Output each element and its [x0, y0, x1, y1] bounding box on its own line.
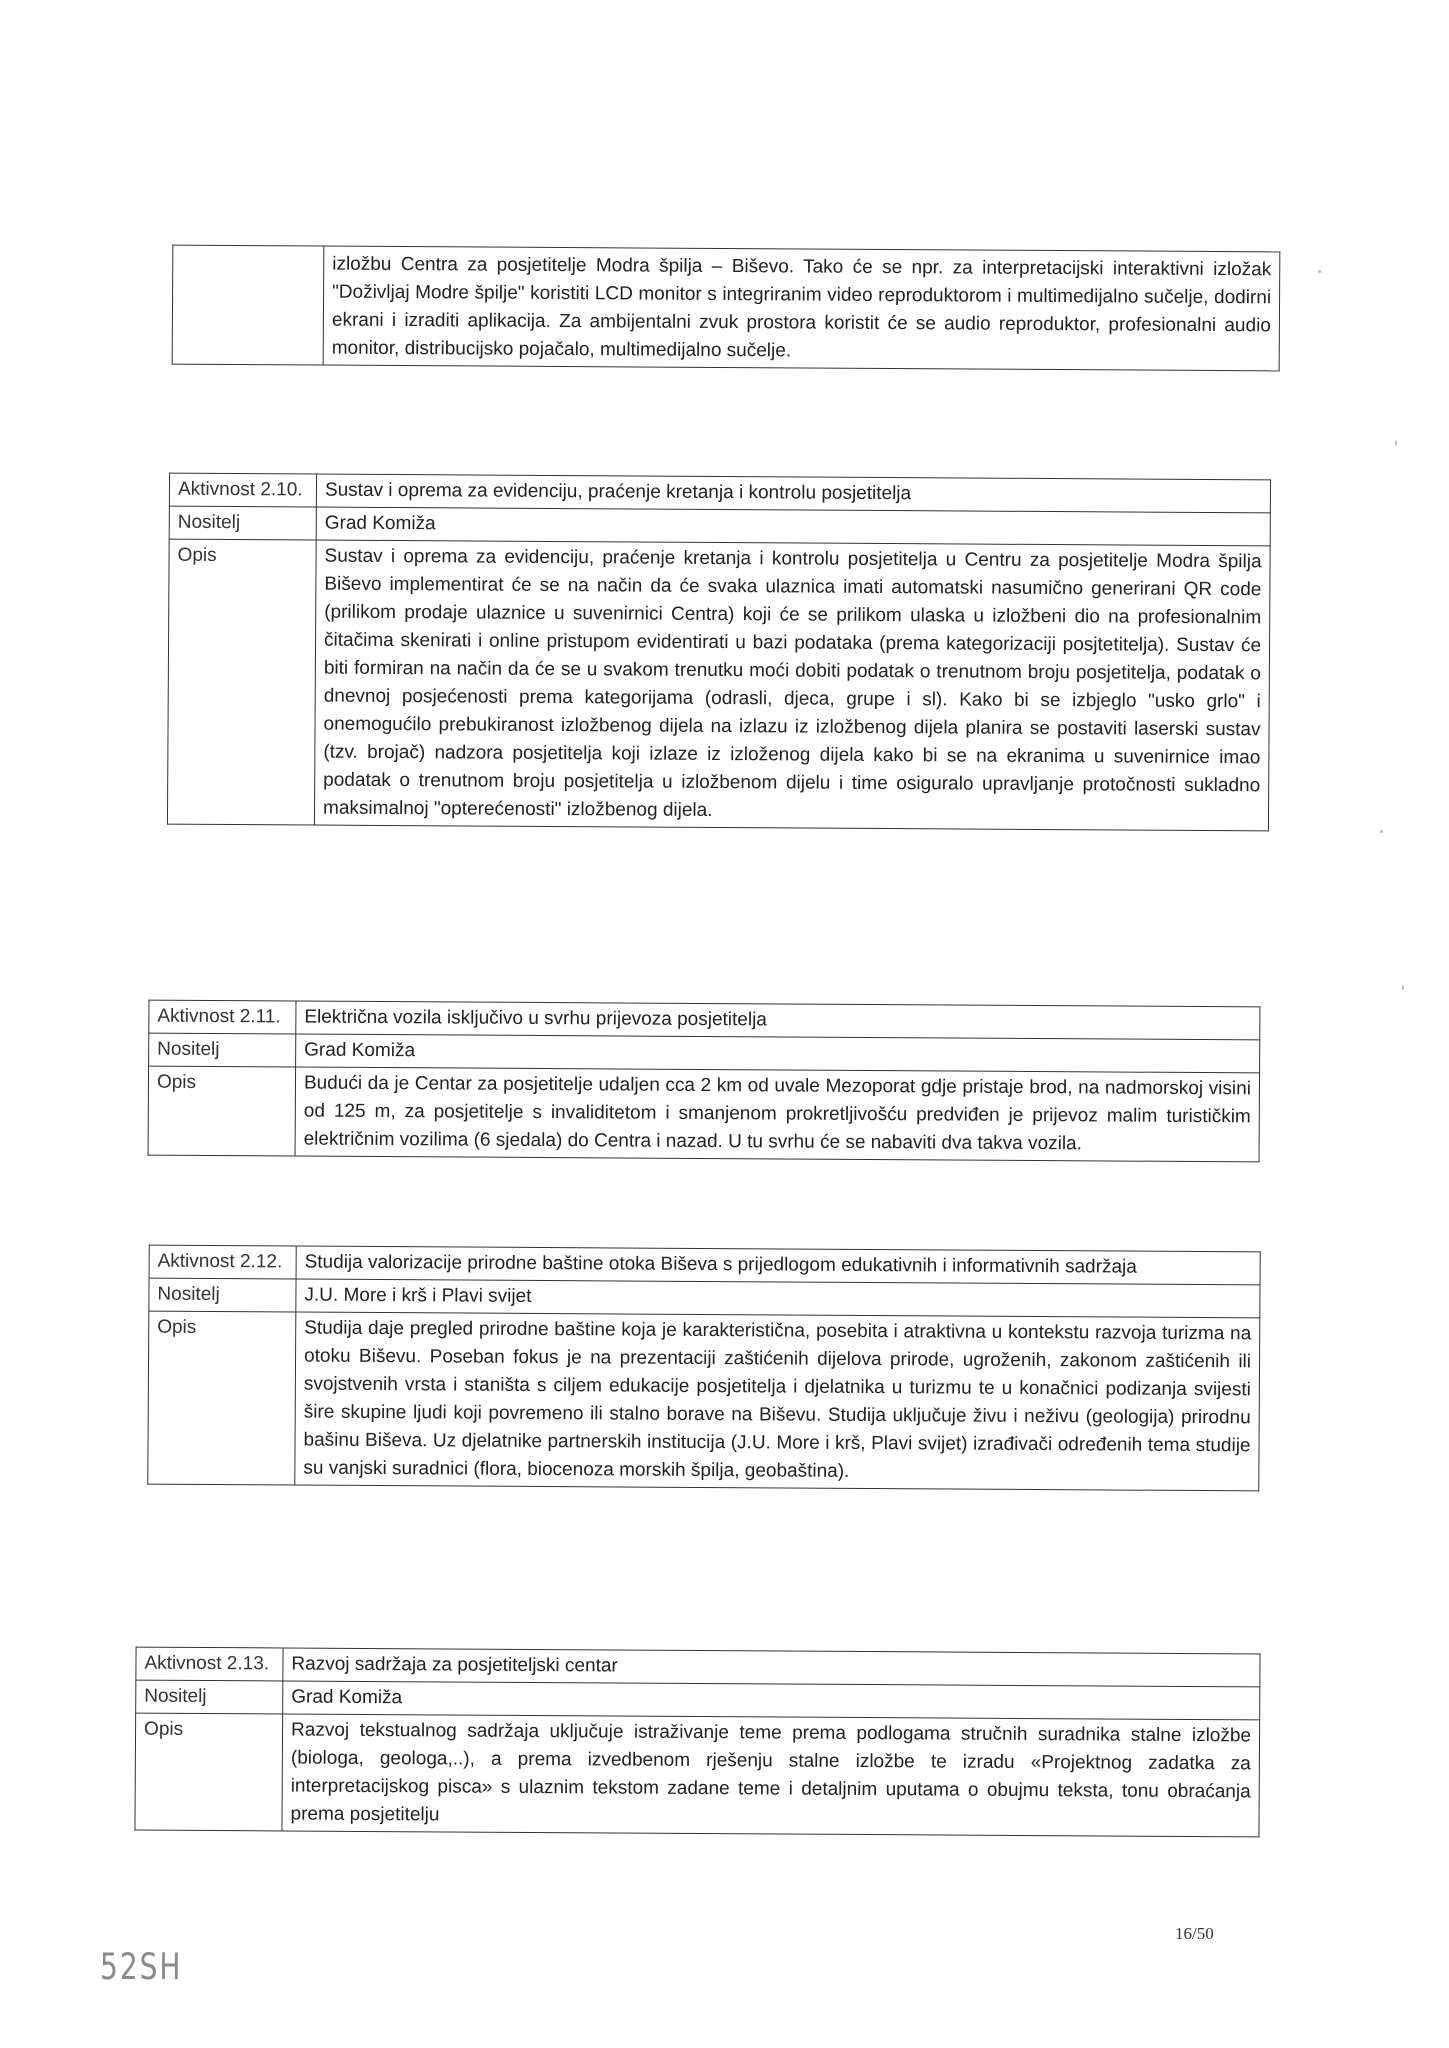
document-page: izložbu Centra za posjetitelje Modra špi… [0, 0, 1449, 2048]
opis-label: Opis [135, 1713, 283, 1831]
activity-opis: Razvoj tekstualnog sadržaja uključuje is… [282, 1714, 1260, 1837]
activity-opis: Studija daje pregled prirodne baštine ko… [295, 1312, 1260, 1491]
opis-label: Opis [148, 1311, 296, 1485]
nositelj-label: Nositelj [169, 506, 316, 540]
activity-opis: Sustav i oprema za evidenciju, praćenje … [314, 540, 1270, 831]
scan-speck [1395, 440, 1397, 446]
opis-label: Opis [148, 1066, 296, 1156]
activity-table-2-10: Aktivnost 2.10. Sustav i oprema za evide… [167, 473, 1271, 832]
empty-label-cell [172, 245, 324, 365]
nositelj-label: Nositelj [149, 1278, 296, 1312]
activity-id: Aktivnost 2.11. [149, 1000, 296, 1034]
table-row: Opis Razvoj tekstualnog sadržaja uključu… [135, 1713, 1260, 1837]
page-number: 16/50 [1175, 1924, 1214, 1944]
opis-label: Opis [167, 539, 316, 825]
nositelj-label: Nositelj [136, 1680, 283, 1714]
activity-id: Aktivnost 2.12. [149, 1245, 296, 1279]
scan-speck [1318, 270, 1321, 273]
handwritten-note: 52SH [100, 1945, 182, 1988]
activity-table-2-11: Aktivnost 2.11. Električna vozila isklju… [148, 1000, 1261, 1163]
table-row: izložbu Centra za posjetitelje Modra špi… [172, 245, 1280, 371]
table-row: Opis Budući da je Centar za posjetitelje… [148, 1066, 1260, 1162]
activity-opis: Budući da je Centar za posjetitelje udal… [295, 1067, 1260, 1162]
nositelj-label: Nositelj [149, 1033, 296, 1067]
scan-speck [1380, 830, 1383, 833]
continuation-text: izložbu Centra za posjetitelje Modra špi… [323, 246, 1280, 371]
table-row: Opis Studija daje pregled prirodne bašti… [148, 1311, 1260, 1491]
continuation-table: izložbu Centra za posjetitelje Modra špi… [172, 245, 1281, 372]
activity-id: Aktivnost 2.10. [169, 473, 316, 507]
table-row: Opis Sustav i oprema za evidenciju, prać… [167, 539, 1270, 831]
activity-id: Aktivnost 2.13. [136, 1647, 283, 1681]
activity-table-2-13: Aktivnost 2.13. Razvoj sadržaja za posje… [134, 1647, 1260, 1838]
activity-table-2-12: Aktivnost 2.12. Studija valorizacije pri… [147, 1245, 1260, 1492]
scan-speck [1402, 985, 1404, 990]
